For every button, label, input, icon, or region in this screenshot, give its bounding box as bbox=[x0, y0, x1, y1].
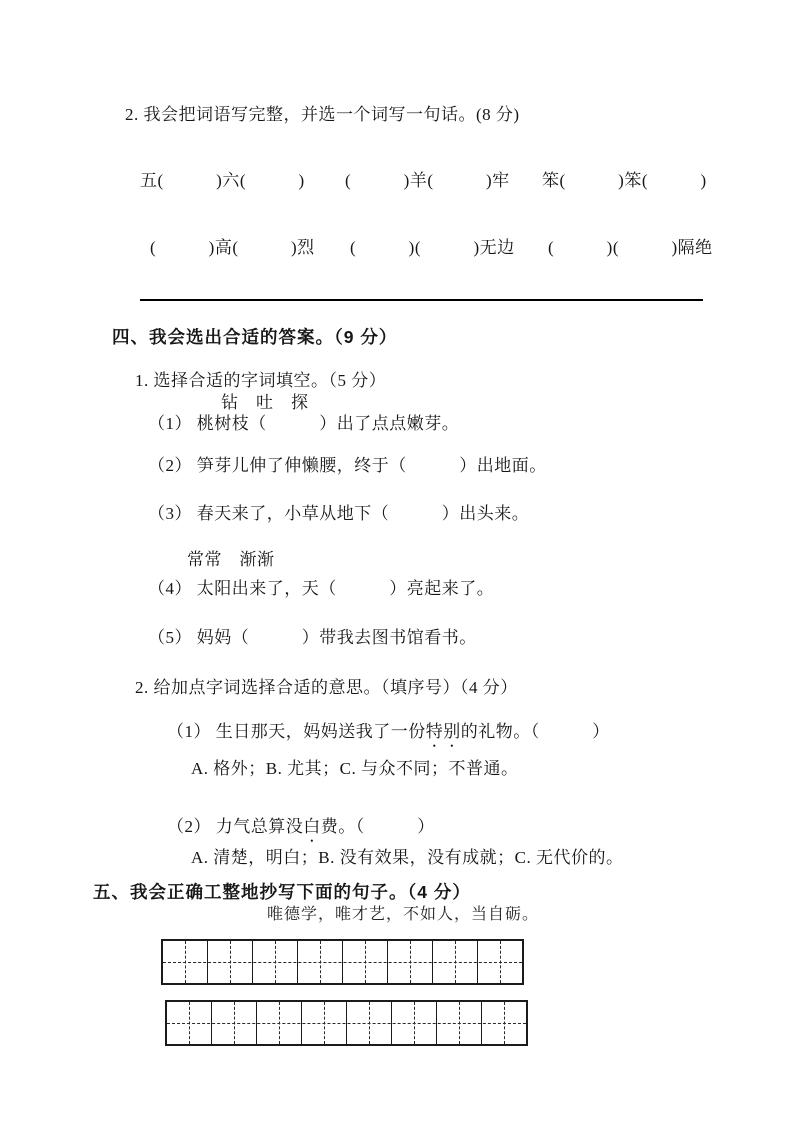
q5-heading: 五、我会正确工整地抄写下面的句子。（4 分） bbox=[93, 882, 471, 904]
q4-2-options-1: A. 格外；B. 尤其；C. 与众不同；不普通。 bbox=[191, 758, 518, 779]
q4-1-item-4: （4） 太阳出来了，天（ ）亮起来了。 bbox=[148, 578, 494, 599]
writing-cell bbox=[433, 941, 478, 983]
q4-heading: 四、我会选出合适的答案。（9 分） bbox=[112, 327, 397, 349]
writing-cell bbox=[253, 941, 298, 983]
q5-copy-sentence: 唯德学，唯才艺，不如人，当自砺。 bbox=[267, 905, 539, 925]
sentence-writing-line bbox=[140, 299, 703, 301]
writing-cell bbox=[212, 1002, 257, 1044]
writing-grid-row-2 bbox=[165, 1000, 528, 1046]
q2-word-row1-group3: 笨( )笨( ) bbox=[542, 170, 707, 191]
q4-1-item-1: （1） 桃树枝（ ）出了点点嫩芽。 bbox=[148, 413, 459, 434]
q2-word-row1-group2: ( )羊( )牢 bbox=[345, 170, 510, 191]
q4-sub1-title: 1. 选择合适的字词填空。（5 分） bbox=[135, 370, 386, 391]
q4-sub2-title: 2. 给加点字词选择合适的意思。（填序号）（4 分） bbox=[135, 677, 518, 698]
writing-cell bbox=[392, 1002, 437, 1044]
q4-word-bank-2: 常常 渐渐 bbox=[187, 549, 275, 570]
writing-cell bbox=[482, 1002, 526, 1044]
q2-word-row2-group1: ( )高( )烈 bbox=[150, 237, 315, 258]
writing-cell bbox=[257, 1002, 302, 1044]
q4-2-item-2-dotted-word: 白 bbox=[303, 817, 321, 836]
q4-2-item-2-prefix: （2） 力气总算没 bbox=[167, 817, 303, 836]
q2-word-row2-group2: ( )( )无边 bbox=[350, 237, 515, 258]
writing-cell bbox=[298, 941, 343, 983]
writing-cell bbox=[478, 941, 522, 983]
q4-2-item-2-suffix: 费。（ ） bbox=[321, 817, 435, 836]
q4-2-item-1-dotted-word: 特别 bbox=[426, 722, 461, 741]
q2-word-row2-group3: ( )( )隔绝 bbox=[548, 237, 713, 258]
writing-cell bbox=[343, 941, 388, 983]
q4-1-item-3: （3） 春天来了，小草从地下（ ）出头来。 bbox=[148, 503, 529, 524]
q2-word-row1-group1: 五( )六( ) bbox=[140, 170, 305, 191]
q4-2-options-2: A. 清楚，明白；B. 没有效果，没有成就；C. 无代价的。 bbox=[191, 847, 623, 868]
writing-cell bbox=[388, 941, 433, 983]
writing-cell bbox=[167, 1002, 212, 1044]
writing-grid-row-1 bbox=[161, 939, 524, 985]
q4-2-item-1-prefix: （1） 生日那天，妈妈送我了一份 bbox=[167, 722, 426, 741]
q2-title: 2. 我会把词语写完整，并选一个词写一句话。(8 分) bbox=[125, 104, 520, 125]
writing-cell bbox=[208, 941, 253, 983]
q4-1-item-2: （2） 笋芽儿伸了伸懒腰，终于（ ）出地面。 bbox=[148, 455, 547, 476]
q4-1-item-5: （5） 妈妈（ ）带我去图书馆看书。 bbox=[148, 627, 477, 648]
q4-2-item-1-suffix: 的礼物。（ ） bbox=[461, 722, 610, 741]
writing-cell bbox=[302, 1002, 347, 1044]
q4-word-bank-1: 钻 吐 探 bbox=[221, 392, 309, 413]
writing-cell bbox=[437, 1002, 482, 1044]
test-paper-page: 2. 我会把词语写完整，并选一个词写一句话。(8 分) 五( )六( ) ( )… bbox=[0, 0, 793, 1122]
writing-cell bbox=[163, 941, 208, 983]
writing-cell bbox=[347, 1002, 392, 1044]
